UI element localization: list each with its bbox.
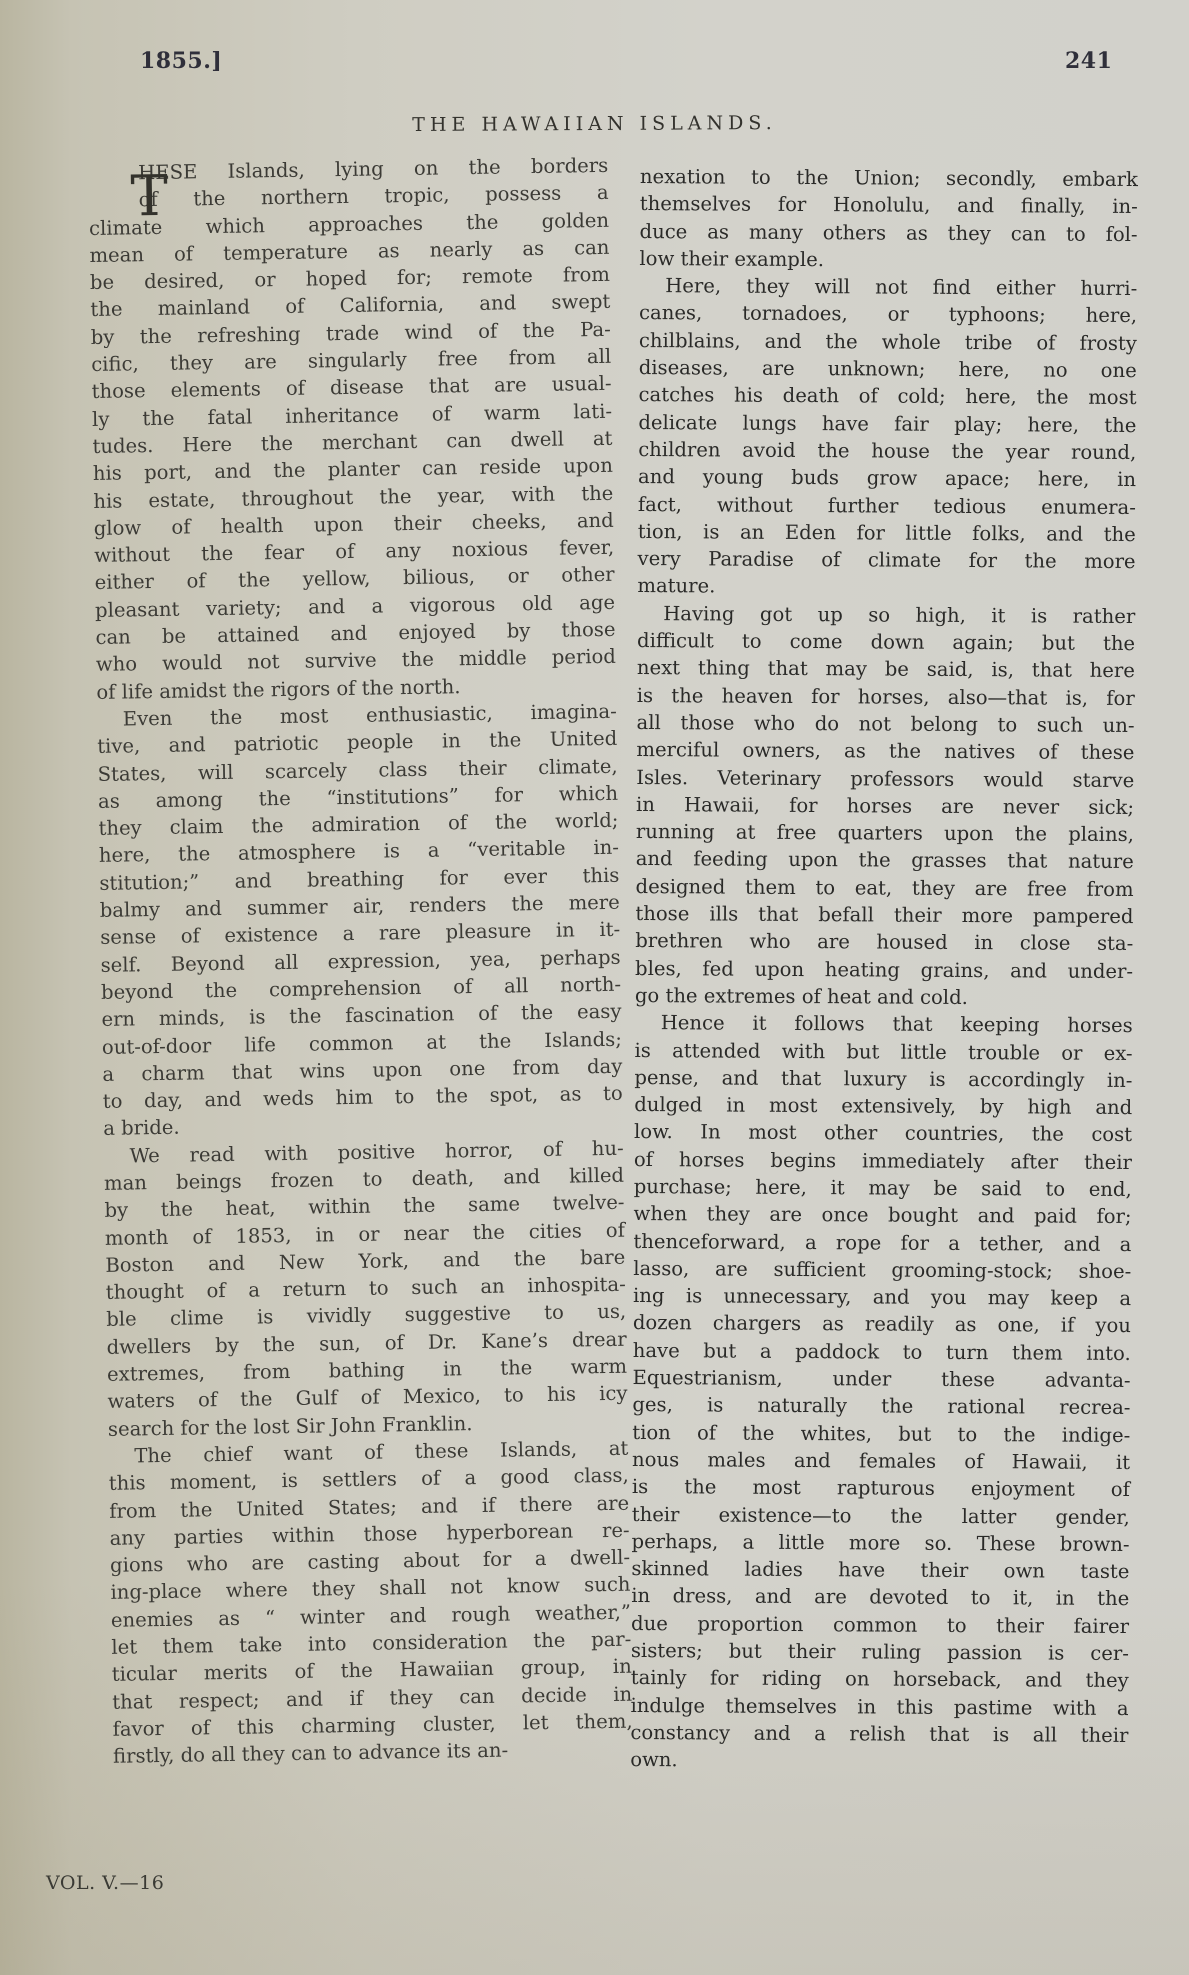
text-line: go the extremes of heat and cold. [635, 982, 1133, 1012]
left-column-lines: HESE Islands, lying on the bordersof the… [88, 152, 633, 1770]
text-line: bles, fed upon heating grains, and under… [635, 955, 1133, 985]
text-line: sisters; but their ruling passion is cer… [631, 1637, 1129, 1667]
text-line: their existence—to the latter gender, [632, 1501, 1130, 1531]
text-line: in dress, and are devoted to it, in the [631, 1582, 1129, 1612]
text-line: Having got up so high, it is rather [637, 600, 1135, 630]
text-line: due proportion common to their fairer [631, 1610, 1129, 1640]
text-line: low their example. [639, 245, 1137, 275]
text-line: dozen chargers as readily as one, if you [633, 1309, 1131, 1339]
text-line: dulged in most extensively, by high and [634, 1091, 1132, 1121]
text-line: constancy and a relish that is all their [630, 1719, 1128, 1749]
text-line: is attended with but little trouble or e… [634, 1036, 1132, 1066]
text-line: tion, is an Eden for little folks, and t… [638, 518, 1136, 548]
text-line: when they are once bought and paid for; [633, 1200, 1131, 1230]
text-line: chilblains, and the whole tribe of frost… [639, 327, 1137, 357]
text-line: nous males and females of Hawaii, it [632, 1446, 1130, 1476]
text-line: thenceforward, a rope for a tether, and … [633, 1228, 1131, 1258]
text-line: those ills that befall their more pamper… [635, 900, 1133, 930]
text-line: ing is unnecessary, and you may keep a [633, 1282, 1131, 1312]
text-line: tion of the whites, but to the indige- [632, 1419, 1130, 1449]
text-line: and feeding upon the grasses that nature [636, 845, 1134, 875]
text-line: mature. [637, 572, 1135, 602]
text-line: designed them to eat, they are free from [635, 873, 1133, 903]
text-line: brethren who are housed in close sta- [635, 927, 1133, 957]
text-line: lasso, are sufficient grooming-stock; sh… [633, 1255, 1131, 1285]
text-line: children avoid the house the year round, [638, 436, 1136, 466]
left-text-column: T HESE Islands, lying on the bordersof t… [88, 152, 633, 1770]
running-head-year: 1855.] [140, 48, 222, 74]
text-line: perhaps, a little more so. These brown- [631, 1528, 1129, 1558]
right-text-column: nexation to the Union; secondly, embarkt… [630, 163, 1138, 1777]
text-line: nexation to the Union; secondly, embark [640, 163, 1138, 193]
text-line: in Hawaii, for horses are never sick; [636, 791, 1134, 821]
text-line: low. In most other countries, the cost [634, 1118, 1132, 1148]
text-line: diseases, are unknown; here, no one [639, 354, 1137, 384]
text-line: is the heaven for horses, also—that is, … [637, 682, 1135, 712]
text-line: next thing that may be said, is, that he… [637, 654, 1135, 684]
text-line: is the most rapturous enjoyment of [632, 1473, 1130, 1503]
text-line: merciful owners, as the natives of these [636, 736, 1134, 766]
page-number: 241 [1065, 48, 1112, 74]
text-line: very Paradise of climate for the more [637, 545, 1135, 575]
text-line: purchase; here, it may be said to end, [634, 1173, 1132, 1203]
text-line: delicate lungs have fair play; here, the [638, 409, 1136, 439]
text-line: canes, tornadoes, or typhoons; here, [639, 299, 1137, 329]
text-line: fact, without further tedious enumera- [638, 491, 1136, 521]
text-line: have but a paddock to turn them into. [633, 1337, 1131, 1367]
text-line: all those who do not belong to such un- [636, 709, 1134, 739]
text-line: running at free quarters upon the plains… [636, 818, 1134, 848]
drop-cap-letter: T [130, 169, 168, 226]
text-line: catches his death of cold; here, the mos… [638, 381, 1136, 411]
text-line: and young buds grow apace; here, in [638, 463, 1136, 493]
signature-mark: VOL. V.—16 [46, 1872, 164, 1894]
text-line: own. [630, 1746, 1128, 1776]
right-column-lines: nexation to the Union; secondly, embarkt… [630, 163, 1138, 1777]
text-line: tainly for riding on horseback, and they [631, 1664, 1129, 1694]
text-line: Isles. Veterinary professors would starv… [636, 764, 1134, 794]
text-line: ges, is naturally the rational recrea- [632, 1391, 1130, 1421]
text-line: difficult to come down again; but the [637, 627, 1135, 657]
text-line: Hence it follows that keeping horses [635, 1009, 1133, 1039]
text-line: Equestrianism, under these advanta- [632, 1364, 1130, 1394]
text-line: duce as many others as they can to fol- [639, 218, 1137, 248]
text-line: indulge themselves in this pastime with … [630, 1692, 1128, 1722]
text-line: pense, and that luxury is accordingly in… [634, 1064, 1132, 1094]
text-line: themselves for Honolulu, and finally, in… [640, 190, 1138, 220]
text-line: skinned ladies have their own taste [631, 1555, 1129, 1585]
article-title: THE HAWAIIAN ISLANDS. [0, 110, 1189, 138]
text-line: of horses begins immediately after their [634, 1146, 1132, 1176]
text-line: Here, they will not find either hurri- [639, 272, 1137, 302]
